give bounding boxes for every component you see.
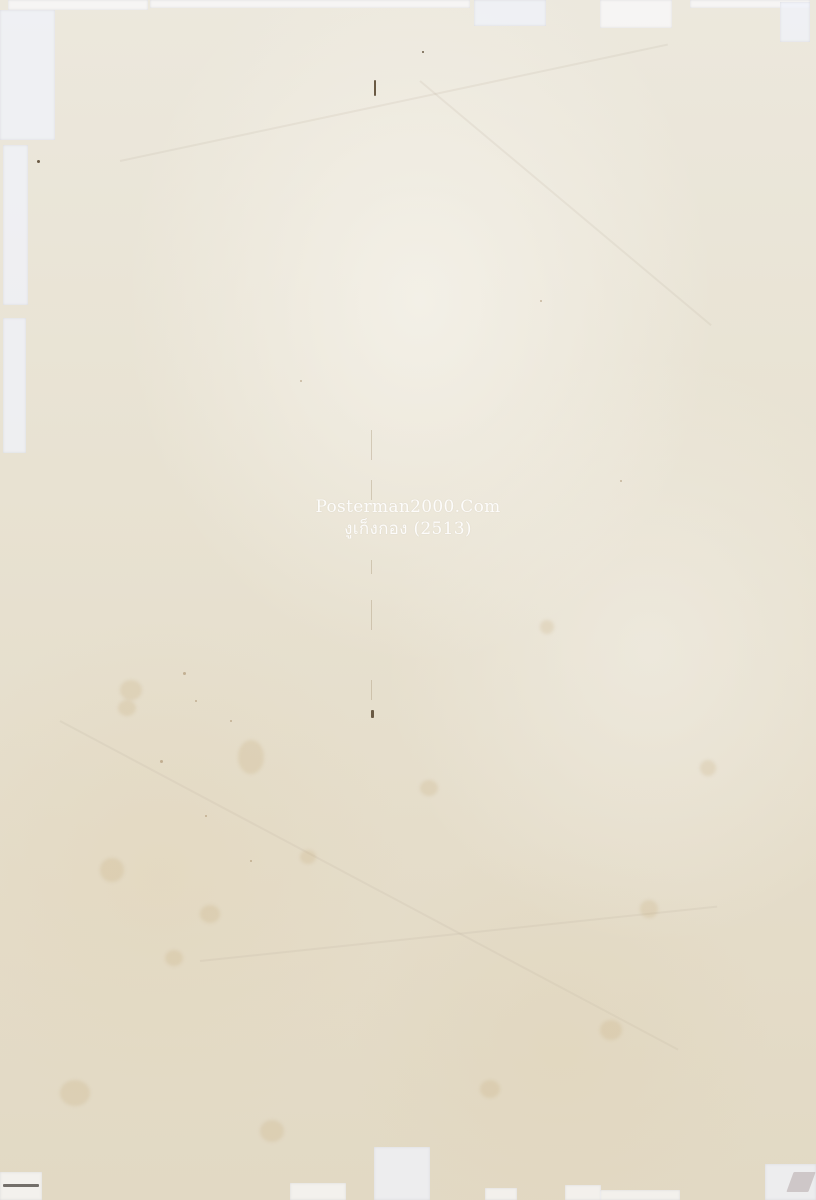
speck (205, 815, 207, 817)
foxing-stain (600, 1020, 622, 1040)
foxing-stain (60, 1080, 90, 1106)
paper-crease (419, 80, 711, 326)
tape-strip (290, 1183, 346, 1200)
tape-strip (474, 0, 546, 26)
speck (230, 720, 232, 722)
tape-strip (565, 1185, 601, 1200)
foxing-stain (300, 850, 316, 864)
tape-strip (374, 1147, 430, 1200)
speck (195, 700, 197, 702)
speck (540, 300, 542, 302)
speck (250, 860, 252, 862)
tape-strip (3, 145, 28, 305)
fold-line (371, 560, 372, 574)
paper-crease (60, 720, 679, 1050)
paper-crease (120, 44, 668, 162)
fold-line (371, 680, 372, 700)
pencil-mark (3, 1184, 39, 1187)
speck (300, 380, 302, 382)
foxing-stain (238, 740, 264, 774)
speck (620, 480, 622, 482)
foxing-stain (165, 950, 183, 966)
tape-strip (150, 0, 470, 8)
foxing-stain (120, 680, 142, 700)
foxing-stain (640, 900, 658, 918)
ink-mark (422, 51, 424, 53)
foxing-stain (480, 1080, 500, 1098)
watermark: Posterman2000.Com งูเก็งกอง (2513) (0, 496, 816, 540)
fold-line (371, 430, 372, 460)
foxing-stain (260, 1120, 284, 1142)
speck (183, 672, 186, 675)
watermark-site: Posterman2000.Com (0, 496, 816, 518)
tape-strip (8, 0, 148, 10)
paper-crease (200, 906, 717, 962)
ink-mark (374, 80, 376, 96)
fold-line (371, 600, 372, 630)
tape-strip (780, 2, 810, 42)
tape-strip (600, 1190, 680, 1200)
speck (160, 760, 163, 763)
foxing-stain (100, 858, 124, 882)
poster-back-paper: Posterman2000.Com งูเก็งกอง (2513) (0, 0, 816, 1200)
foxing-stain (540, 620, 554, 634)
tape-strip (600, 0, 672, 28)
ink-mark (37, 160, 40, 163)
foxing-stain (118, 700, 136, 716)
foxing-stain (200, 905, 220, 923)
foxing-stain (700, 760, 716, 776)
watermark-title: งูเก็งกอง (2513) (0, 518, 816, 540)
tape-strip (3, 318, 26, 453)
tape-strip (0, 10, 55, 140)
ink-mark (371, 710, 374, 718)
tape-strip (485, 1188, 517, 1200)
foxing-stain (420, 780, 438, 796)
